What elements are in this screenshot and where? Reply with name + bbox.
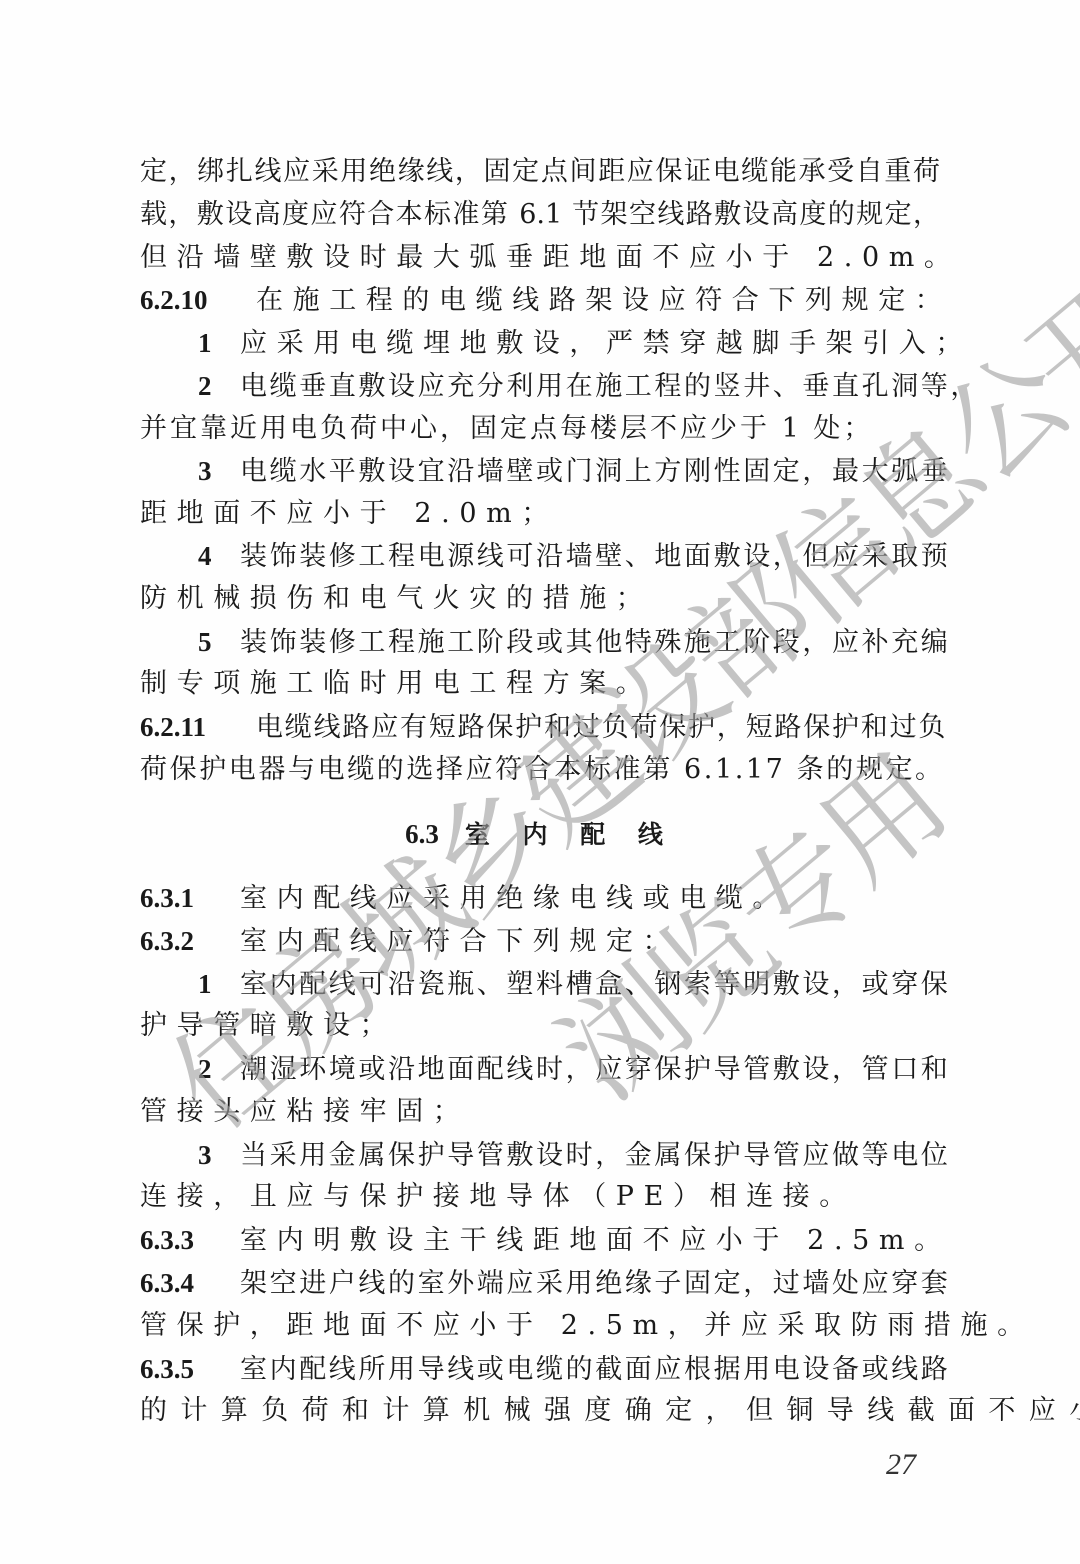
item-number: 1	[198, 322, 240, 364]
clause-text: 室内配线所用导线或电缆的截面应根据用电设备或线路	[240, 1354, 950, 1385]
clause-6-3-2: 6.3.2室内配线应符合下列规定：	[140, 920, 940, 962]
clause-number: 6.2.10	[140, 279, 256, 321]
text-line: 管保护，距地面不应小于 2.5m，并应采取防雨措施。	[140, 1305, 940, 1347]
clause-text: 电缆线路应有短路保护和过负荷保护，短路保护和过负	[256, 712, 947, 743]
page-number: 27	[886, 1448, 916, 1482]
item-text: 当采用金属保护导管敷设时，金属保护导管应做等电位	[240, 1140, 950, 1171]
list-item: 3电缆水平敷设宜沿墙壁或门洞上方刚性固定，最大弧垂	[140, 450, 940, 492]
text-line: 管接头应粘接牢固；	[140, 1091, 940, 1133]
text-line: 但沿墙壁敷设时最大弧垂距地面不应小于 2.0m。	[140, 237, 940, 279]
clause-6-2-11: 6.2.11电缆线路应有短路保护和过负荷保护，短路保护和过负	[140, 706, 940, 748]
clause-6-3-5: 6.3.5室内配线所用导线或电缆的截面应根据用电设备或线路	[140, 1348, 940, 1390]
item-text: 装饰装修工程施工阶段或其他特殊施工阶段，应补充编	[240, 627, 950, 658]
text-line: 定，绑扎线应采用绝缘线，固定点间距应保证电缆能承受自重荷	[140, 151, 940, 193]
clause-text: 室内配线应采用绝缘电线或电缆。	[240, 883, 789, 914]
clause-6-2-10: 6.2.10在施工程的电缆线路架设应符合下列规定：	[140, 279, 940, 321]
clause-text: 架空进户线的室外端应采用绝缘子固定，过墙处应穿套	[240, 1268, 950, 1299]
list-item: 2电缆垂直敷设应充分利用在施工程的竖井、垂直孔洞等，	[140, 365, 940, 407]
item-text: 装饰装修工程电源线可沿墙壁、地面敷设，但应采取预	[240, 541, 950, 572]
clause-number: 6.3.4	[140, 1262, 240, 1304]
item-number: 3	[198, 450, 240, 492]
list-item: 2潮湿环境或沿地面配线时，应穿保护导管敷设，管口和	[140, 1048, 940, 1090]
item-text: 电缆垂直敷设应充分利用在施工程的竖井、垂直孔洞等，	[240, 371, 980, 402]
clause-number: 6.3.2	[140, 920, 240, 962]
text-line: 并宜靠近用电负荷中心，固定点每楼层不应少于 1 处；	[140, 408, 940, 450]
clause-6-3-4: 6.3.4架空进户线的室外端应采用绝缘子固定，过墙处应穿套	[140, 1262, 940, 1304]
text-line: 连接，且应与保护接地导体（PE）相连接。	[140, 1176, 940, 1218]
text-line: 荷保护电器与电缆的选择应符合本标准第 6.1.17 条的规定。	[140, 749, 940, 791]
item-text: 电缆水平敷设宜沿墙壁或门洞上方刚性固定，最大弧垂	[240, 456, 950, 487]
text-line: 防机械损伤和电气火灾的措施；	[140, 578, 940, 620]
item-text: 潮湿环境或沿地面配线时，应穿保护导管敷设，管口和	[240, 1054, 950, 1085]
list-item: 5装饰装修工程施工阶段或其他特殊施工阶段，应补充编	[140, 621, 940, 663]
clause-number: 6.3.5	[140, 1348, 240, 1390]
clause-6-3-3: 6.3.3室内明敷设主干线距地面不应小于 2.5m。	[140, 1219, 940, 1261]
section-title: 室 内 配 线	[465, 820, 675, 849]
item-number: 4	[198, 535, 240, 577]
clause-number: 6.2.11	[140, 706, 256, 748]
list-item: 4装饰装修工程电源线可沿墙壁、地面敷设，但应采取预	[140, 535, 940, 577]
item-number: 3	[198, 1134, 240, 1176]
clause-text: 在施工程的电缆线路架设应符合下列规定：	[256, 285, 951, 316]
list-item: 3当采用金属保护导管敷设时，金属保护导管应做等电位	[140, 1134, 940, 1176]
clause-text: 室内明敷设主干线距地面不应小于 2.5m。	[240, 1225, 951, 1256]
clause-6-3-1: 6.3.1室内配线应采用绝缘电线或电缆。	[140, 877, 940, 919]
text-line: 距地面不应小于 2.0m；	[140, 493, 940, 535]
clause-text: 室内配线应符合下列规定：	[240, 926, 679, 957]
item-text: 室内配线可沿瓷瓶、塑料槽盒、钢索等明敷设，或穿保	[240, 969, 950, 1000]
text-line: 护导管暗敷设；	[140, 1005, 940, 1047]
document-page: 定，绑扎线应采用绝缘线，固定点间距应保证电缆能承受自重荷 载，敷设高度应符合本标…	[0, 0, 1080, 1564]
list-item: 1室内配线可沿瓷瓶、塑料槽盒、钢索等明敷设，或穿保	[140, 963, 940, 1005]
section-heading: 6.3室 内 配 线	[0, 813, 1080, 855]
item-number: 2	[198, 365, 240, 407]
section-number: 6.3	[405, 819, 439, 849]
item-number: 5	[198, 621, 240, 663]
text-line: 制专项施工临时用电工程方案。	[140, 663, 940, 705]
text-line: 的计算负荷和计算机械强度确定，但铜导线截面不应小于	[140, 1390, 940, 1432]
item-text: 应采用电缆埋地敷设，严禁穿越脚手架引入；	[240, 328, 972, 359]
clause-number: 6.3.3	[140, 1219, 240, 1261]
list-item: 1应采用电缆埋地敷设，严禁穿越脚手架引入；	[140, 322, 940, 364]
text-line: 载，敷设高度应符合本标准第 6.1 节架空线路敷设高度的规定，	[140, 194, 940, 236]
clause-number: 6.3.1	[140, 877, 240, 919]
item-number: 2	[198, 1048, 240, 1090]
item-number: 1	[198, 963, 240, 1005]
